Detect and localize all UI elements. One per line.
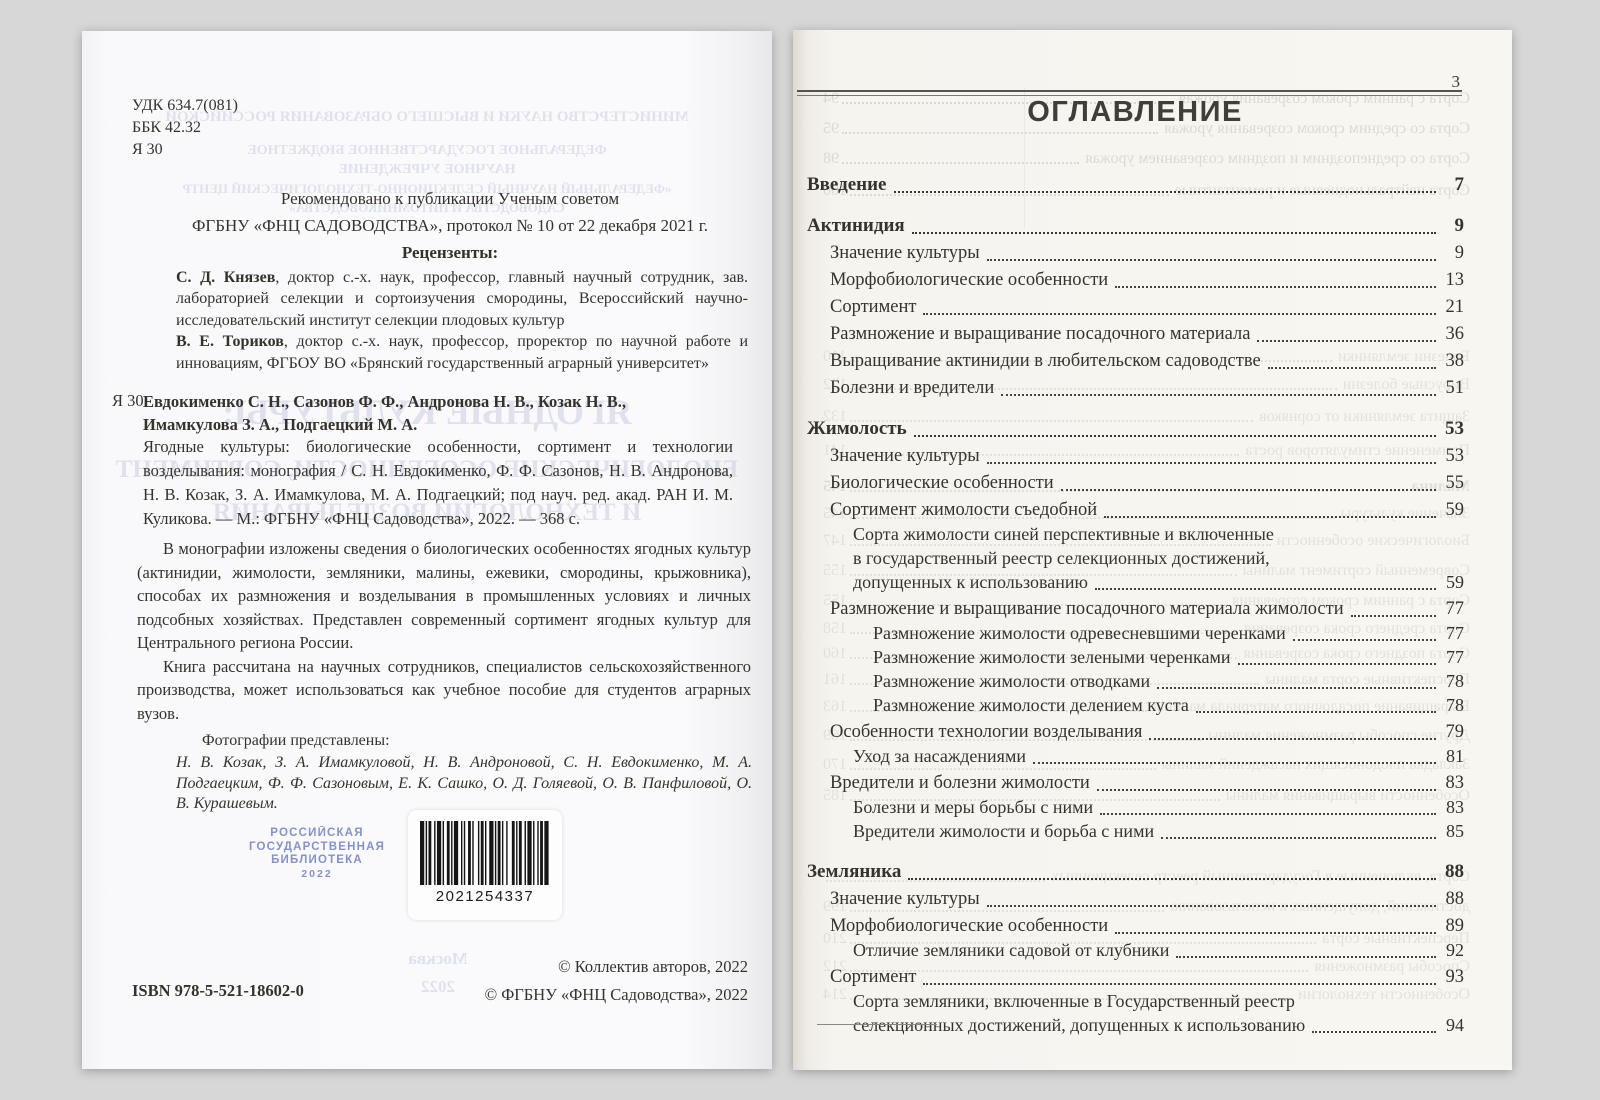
- copyright-line: © ФГБНУ «ФНЦ Садоводства», 2022: [485, 981, 748, 1009]
- toc-entry-row: допущенных к использованию59: [853, 570, 1464, 594]
- reviewers-heading: Рецензенты:: [142, 243, 758, 263]
- toc-heading: ОГЛАВЛЕНИЕ: [807, 96, 1463, 129]
- toc-entry-title: Размножение жимолости делением куста: [873, 693, 1189, 717]
- toc-entry-row: Особенности технологии возделывания79: [830, 717, 1464, 744]
- toc-entry-title: Вредители и болезни жимолости: [830, 771, 1090, 795]
- footnote-rule: [817, 1024, 937, 1025]
- reviewer-entry: В. Е. Ториков, доктор с.-х. наук, профес…: [176, 331, 748, 374]
- toc-entry: Значение культуры88: [807, 884, 1464, 911]
- bbk-code: ББК 42.32: [132, 117, 238, 139]
- toc-entry-row: Морфобиологические особенности89: [830, 911, 1464, 938]
- toc-leader-dots: [1293, 639, 1436, 641]
- toc-entry-title: Отличие земляники садовой от клубники: [853, 938, 1169, 962]
- toc-page-number: 51: [1438, 376, 1464, 400]
- toc-entry-title: Биологические особенности: [830, 471, 1054, 495]
- toc-entry-row: Размножение жимолости зелеными черенками…: [873, 645, 1464, 669]
- toc-entry-title: Особенности технологии возделывания: [830, 720, 1142, 744]
- toc-entry-title: Сортимент жимолости съедобной: [830, 498, 1097, 522]
- toc-page-number: 38: [1438, 349, 1464, 373]
- toc-leader-dots: [987, 462, 1436, 464]
- toc-entry-title: Уход за насаждениями: [853, 744, 1026, 768]
- toc-page-number: 88: [1438, 887, 1464, 911]
- toc-page-number: 59: [1438, 570, 1464, 594]
- toc-entry: Значение культуры53: [807, 441, 1464, 468]
- toc-page-number: 36: [1438, 322, 1464, 346]
- photo-credits-block: Фотографии представлены: Н. В. Козак, З.…: [176, 730, 752, 815]
- reviewer-name: В. Е. Ториков: [176, 333, 284, 350]
- stamp-line: БИБЛИОТЕКА: [202, 854, 432, 868]
- reviewer-name: С. Д. Князев: [176, 269, 275, 286]
- barcode-number: 2021254337: [408, 888, 562, 905]
- toc-entry-row: Значение культуры53: [830, 441, 1464, 468]
- book-scan-spread: МИНИСТЕРСТВО НАУКИ И ВЫСШЕГО ОБРАЗОВАНИЯ…: [0, 0, 1600, 1100]
- bib-entry-description: Ягодные культуры: биологические особенно…: [143, 435, 733, 531]
- toc-entry: Вредители жимолости и борьба с ними85: [807, 819, 1464, 843]
- toc-leader-dots: [1001, 394, 1436, 396]
- stamp-line: ГОСУДАРСТВЕННАЯ: [202, 841, 432, 855]
- toc-leader-dots: [1033, 762, 1436, 764]
- toc-entry-title: Значение культуры: [830, 241, 980, 265]
- right-page: Сорта с ранним сроком созревания урожая9…: [793, 30, 1512, 1070]
- toc-entry-row: Сортимент93: [830, 962, 1464, 989]
- toc-leader-dots: [1149, 738, 1436, 740]
- toc-entry: Размножение и выращивание посадочного ма…: [807, 594, 1464, 621]
- toc-leader-dots: [1104, 516, 1436, 518]
- reviewer-entry: С. Д. Князев, доктор с.-х. наук, професс…: [176, 267, 748, 331]
- toc-page-number: 9: [1438, 241, 1464, 265]
- toc-entry-row: Уход за насаждениями81: [853, 744, 1464, 768]
- toc-entry: Сорта жимолости синей перспективные и вк…: [807, 522, 1464, 594]
- toc-entry: Жимолость53: [807, 414, 1464, 441]
- toc-entry: Болезни и вредители51: [807, 373, 1464, 400]
- toc-entry-title: Сортимент: [830, 295, 916, 319]
- toc-page-number: 7: [1438, 173, 1464, 197]
- toc-leader-dots: [923, 983, 1436, 985]
- toc-entry-title: Морфобиологические особенности: [830, 914, 1108, 938]
- toc-entry-title: Жимолость: [807, 417, 907, 441]
- toc-entry-row: Отличие земляники садовой от клубники92: [853, 938, 1464, 962]
- toc-entry-row: Актинидия9: [807, 211, 1464, 238]
- annotation-block: В монографии изложены сведения о биологи…: [137, 537, 751, 725]
- toc-entry: Актинидия9: [807, 211, 1464, 238]
- copyright-line: © Коллектив авторов, 2022: [485, 953, 748, 981]
- toc-leader-dots: [923, 313, 1436, 315]
- toc-entry-title: Болезни и меры борьбы с ними: [853, 795, 1093, 819]
- toc-leader-dots: [914, 435, 1436, 437]
- toc-leader-dots: [1196, 711, 1436, 713]
- approval-line: Рекомендовано к публикации Ученым совето…: [142, 185, 758, 212]
- toc-entry-row: Морфобиологические особенности13: [830, 265, 1464, 292]
- toc-leader-dots: [1161, 837, 1436, 839]
- toc-entry: Земляника88: [807, 857, 1464, 884]
- toc-entry-title: допущенных к использованию: [853, 570, 1088, 594]
- toc-page-number: 92: [1438, 938, 1464, 962]
- toc-leader-dots: [1100, 813, 1436, 815]
- toc-entry: Выращивание актинидии в любительском сад…: [807, 346, 1464, 373]
- photo-credits-names: Н. В. Козак, З. А. Имамкуловой, Н. В. Ан…: [176, 753, 752, 815]
- toc-entry-row: Жимолость53: [807, 414, 1464, 441]
- toc-page-number: 13: [1438, 268, 1464, 292]
- toc-entry: Сортимент жимолости съедобной59: [807, 495, 1464, 522]
- stamp-line: 2022: [202, 868, 432, 882]
- toc-leader-dots: [1095, 588, 1436, 590]
- toc-entry: Болезни и меры борьбы с ними83: [807, 795, 1464, 819]
- toc-entry: Размножение и выращивание посадочного ма…: [807, 319, 1464, 346]
- toc-entry-row: селекционных достижений, допущенных к ис…: [853, 1013, 1464, 1037]
- toc-entry-title: Размножение жимолости одревесневшими чер…: [873, 621, 1286, 645]
- toc-page-number: 83: [1438, 795, 1464, 819]
- toc-entry-title: Значение культуры: [830, 444, 980, 468]
- toc-entry-row: Размножение и выращивание посадочного ма…: [830, 319, 1464, 346]
- toc-page-number: 21: [1438, 295, 1464, 319]
- toc-list: Введение7Актинидия9Значение культуры9Мор…: [807, 156, 1464, 1037]
- toc-entry-line: Сорта земляники, включенные в Государств…: [853, 989, 1464, 1013]
- toc-page-number: 79: [1438, 720, 1464, 744]
- toc-leader-dots: [1115, 932, 1436, 934]
- toc-entry: Размножение жимолости одревесневшими чер…: [807, 621, 1464, 645]
- classification-block: УДК 634.7(081) ББК 42.32 Я 30: [132, 95, 238, 161]
- toc-leader-dots: [1238, 663, 1437, 665]
- toc-page-number: 77: [1438, 621, 1464, 645]
- toc-entry-row: Размножение жимолости одревесневшими чер…: [873, 621, 1464, 645]
- toc-entry-title: Введение: [807, 173, 887, 197]
- toc-entry-title: Значение культуры: [830, 887, 980, 911]
- toc-entry: Размножение жимолости отводками78: [807, 669, 1464, 693]
- toc-entry-row: Значение культуры88: [830, 884, 1464, 911]
- toc-entry-title: Размножение жимолости зелеными черенками: [873, 645, 1231, 669]
- annotation-paragraph: Книга рассчитана на научных сотрудников,…: [137, 655, 751, 726]
- toc-leader-dots: [1097, 789, 1436, 791]
- toc-leader-dots: [987, 259, 1436, 261]
- reviewers-block: С. Д. Князев, доктор с.-х. наук, професс…: [176, 267, 748, 374]
- toc-leader-dots: [1176, 956, 1436, 958]
- approval-line: ФГБНУ «ФНЦ САДОВОДСТВА», протокол № 10 о…: [142, 212, 758, 239]
- bib-entry-code: Я 30: [112, 391, 144, 411]
- toc-entry: Отличие земляники садовой от клубники92: [807, 938, 1464, 962]
- toc-page-number: 53: [1438, 417, 1464, 441]
- toc-entry-title: Морфобиологические особенности: [830, 268, 1108, 292]
- toc-leader-dots: [987, 905, 1436, 907]
- toc-entry-row: Вредители и болезни жимолости83: [830, 768, 1464, 795]
- toc-page-number: 77: [1438, 645, 1464, 669]
- toc-page-number: 89: [1438, 914, 1464, 938]
- bib-entry-authors: Евдокименко С. Н., Сазонов Ф. Ф., Андрон…: [143, 391, 691, 436]
- toc-entry-row: Размножение жимолости отводками78: [873, 669, 1464, 693]
- toc-entry-row: Сортимент жимолости съедобной59: [830, 495, 1464, 522]
- toc-leader-dots: [1157, 687, 1436, 689]
- copyright-block: © Коллектив авторов, 2022 © ФГБНУ «ФНЦ С…: [485, 953, 748, 1009]
- approval-note: Рекомендовано к публикации Ученым совето…: [142, 185, 758, 239]
- toc-leader-dots: [908, 878, 1436, 880]
- toc-entry: Введение7: [807, 170, 1464, 197]
- toc-entry-title: Сортимент: [830, 965, 916, 989]
- toc-page-number: 88: [1438, 860, 1464, 884]
- stamp-line: РОССИЙСКАЯ: [202, 827, 432, 841]
- toc-page-number: 59: [1438, 498, 1464, 522]
- toc-leader-dots: [1268, 367, 1436, 369]
- toc-entry: Сорта земляники, включенные в Государств…: [807, 989, 1464, 1037]
- toc-entry-title: Выращивание актинидии в любительском сад…: [830, 349, 1261, 373]
- toc-entry-row: Биологические особенности55: [830, 468, 1464, 495]
- toc-entry-title: Размножение и выращивание посадочного ма…: [830, 597, 1344, 621]
- toc-leader-dots: [1257, 340, 1436, 342]
- toc-entry: Размножение жимолости зелеными черенками…: [807, 645, 1464, 669]
- barcode-bars: [420, 821, 550, 885]
- toc-entry-row: Болезни и меры борьбы с ними83: [853, 795, 1464, 819]
- toc-page-number: 55: [1438, 471, 1464, 495]
- toc-page-number: 85: [1438, 819, 1464, 843]
- toc-entry: Морфобиологические особенности89: [807, 911, 1464, 938]
- toc-entry-title: Земляника: [807, 860, 901, 884]
- toc-page-number: 78: [1438, 693, 1464, 717]
- toc-entry: Сортимент21: [807, 292, 1464, 319]
- toc-entry-title: селекционных достижений, допущенных к ис…: [853, 1013, 1305, 1037]
- toc-entry: Вредители и болезни жимолости83: [807, 768, 1464, 795]
- toc-entry: Уход за насаждениями81: [807, 744, 1464, 768]
- toc-entry: Сортимент93: [807, 962, 1464, 989]
- toc-page-number: 53: [1438, 444, 1464, 468]
- toc-page-number: 83: [1438, 771, 1464, 795]
- toc-leader-dots: [1115, 286, 1436, 288]
- toc-page-number: 94: [1438, 1013, 1464, 1037]
- toc-entry: Особенности технологии возделывания79: [807, 717, 1464, 744]
- toc-entry: Биологические особенности55: [807, 468, 1464, 495]
- author-sign-code: Я 30: [132, 139, 238, 161]
- toc-leader-dots: [894, 191, 1437, 193]
- toc-entry-row: Болезни и вредители51: [830, 373, 1464, 400]
- toc-entry-row: Вредители жимолости и борьба с ними85: [853, 819, 1464, 843]
- toc-entry-row: Значение культуры9: [830, 238, 1464, 265]
- toc-page-number: 93: [1438, 965, 1464, 989]
- left-page: МИНИСТЕРСТВО НАУКИ И ВЫСШЕГО ОБРАЗОВАНИЯ…: [82, 31, 772, 1069]
- toc-entry-title: Размножение и выращивание посадочного ма…: [830, 322, 1250, 346]
- toc-leader-dots: [1351, 615, 1436, 617]
- toc-entry: Морфобиологические особенности13: [807, 265, 1464, 292]
- udc-code: УДК 634.7(081): [132, 95, 238, 117]
- toc-entry-title: Актинидия: [807, 214, 905, 238]
- page-number: 3: [1452, 72, 1461, 92]
- barcode-label: 2021254337: [408, 810, 562, 920]
- toc-page-number: 9: [1438, 214, 1464, 238]
- isbn: ISBN 978-5-521-18602-0: [132, 981, 304, 1001]
- toc-leader-dots: [912, 232, 1436, 234]
- toc-entry: Размножение жимолости делением куста78: [807, 693, 1464, 717]
- toc-entry-title: Болезни и вредители: [830, 376, 994, 400]
- toc-page-number: 81: [1438, 744, 1464, 768]
- toc-entry-line: Сорта жимолости синей перспективные и вк…: [853, 522, 1464, 546]
- library-stamp: РОССИЙСКАЯ ГОСУДАРСТВЕННАЯ БИБЛИОТЕКА 20…: [202, 827, 432, 881]
- toc-entry-title: Размножение жимолости отводками: [873, 669, 1150, 693]
- toc-entry: Значение культуры9: [807, 238, 1464, 265]
- toc-entry-row: Сортимент21: [830, 292, 1464, 319]
- toc-entry-row: Размножение жимолости делением куста78: [873, 693, 1464, 717]
- toc-entry-title: Вредители жимолости и борьба с ними: [853, 819, 1154, 843]
- toc-leader-dots: [1061, 489, 1436, 491]
- annotation-paragraph: В монографии изложены сведения о биологи…: [137, 537, 751, 655]
- toc-entry-row: Земляника88: [807, 857, 1464, 884]
- toc-page-number: 77: [1438, 597, 1464, 621]
- toc-entry-row: Введение7: [807, 170, 1464, 197]
- toc-entry-row: Размножение и выращивание посадочного ма…: [830, 594, 1464, 621]
- photo-credits-heading: Фотографии представлены:: [176, 730, 752, 751]
- toc-page-number: 78: [1438, 669, 1464, 693]
- toc-entry-line: в государственный реестр селекционных до…: [853, 546, 1464, 570]
- toc-entry-row: Выращивание актинидии в любительском сад…: [830, 346, 1464, 373]
- toc-leader-dots: [1312, 1031, 1436, 1033]
